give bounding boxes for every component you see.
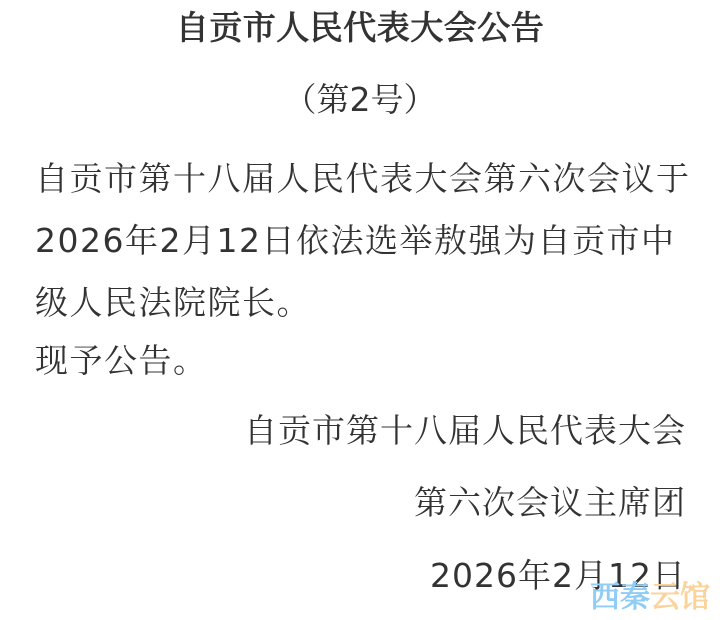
watermark-part-2: 云馆 — [650, 580, 710, 615]
document-number: （第2号） — [0, 80, 720, 120]
signature-issuer: 自贡市第十八届人民代表大会 — [244, 400, 686, 462]
watermark-part-1: 西秦 — [590, 580, 650, 615]
document-title: 自贡市人民代表大会公告 — [0, 8, 720, 48]
document-body: 自贡市第十八届人民代表大会第六次会议于2026年2月12日依法选举敖强为自贡市中… — [35, 148, 695, 334]
signature-presidium: 第六次会议主席团 — [414, 472, 686, 534]
watermark-logo: 西秦云馆 — [590, 580, 710, 616]
document-notice: 现予公告。 — [35, 330, 208, 392]
announcement-document: 自贡市人民代表大会公告 （第2号） 自贡市第十八届人民代表大会第六次会议于202… — [0, 0, 720, 620]
